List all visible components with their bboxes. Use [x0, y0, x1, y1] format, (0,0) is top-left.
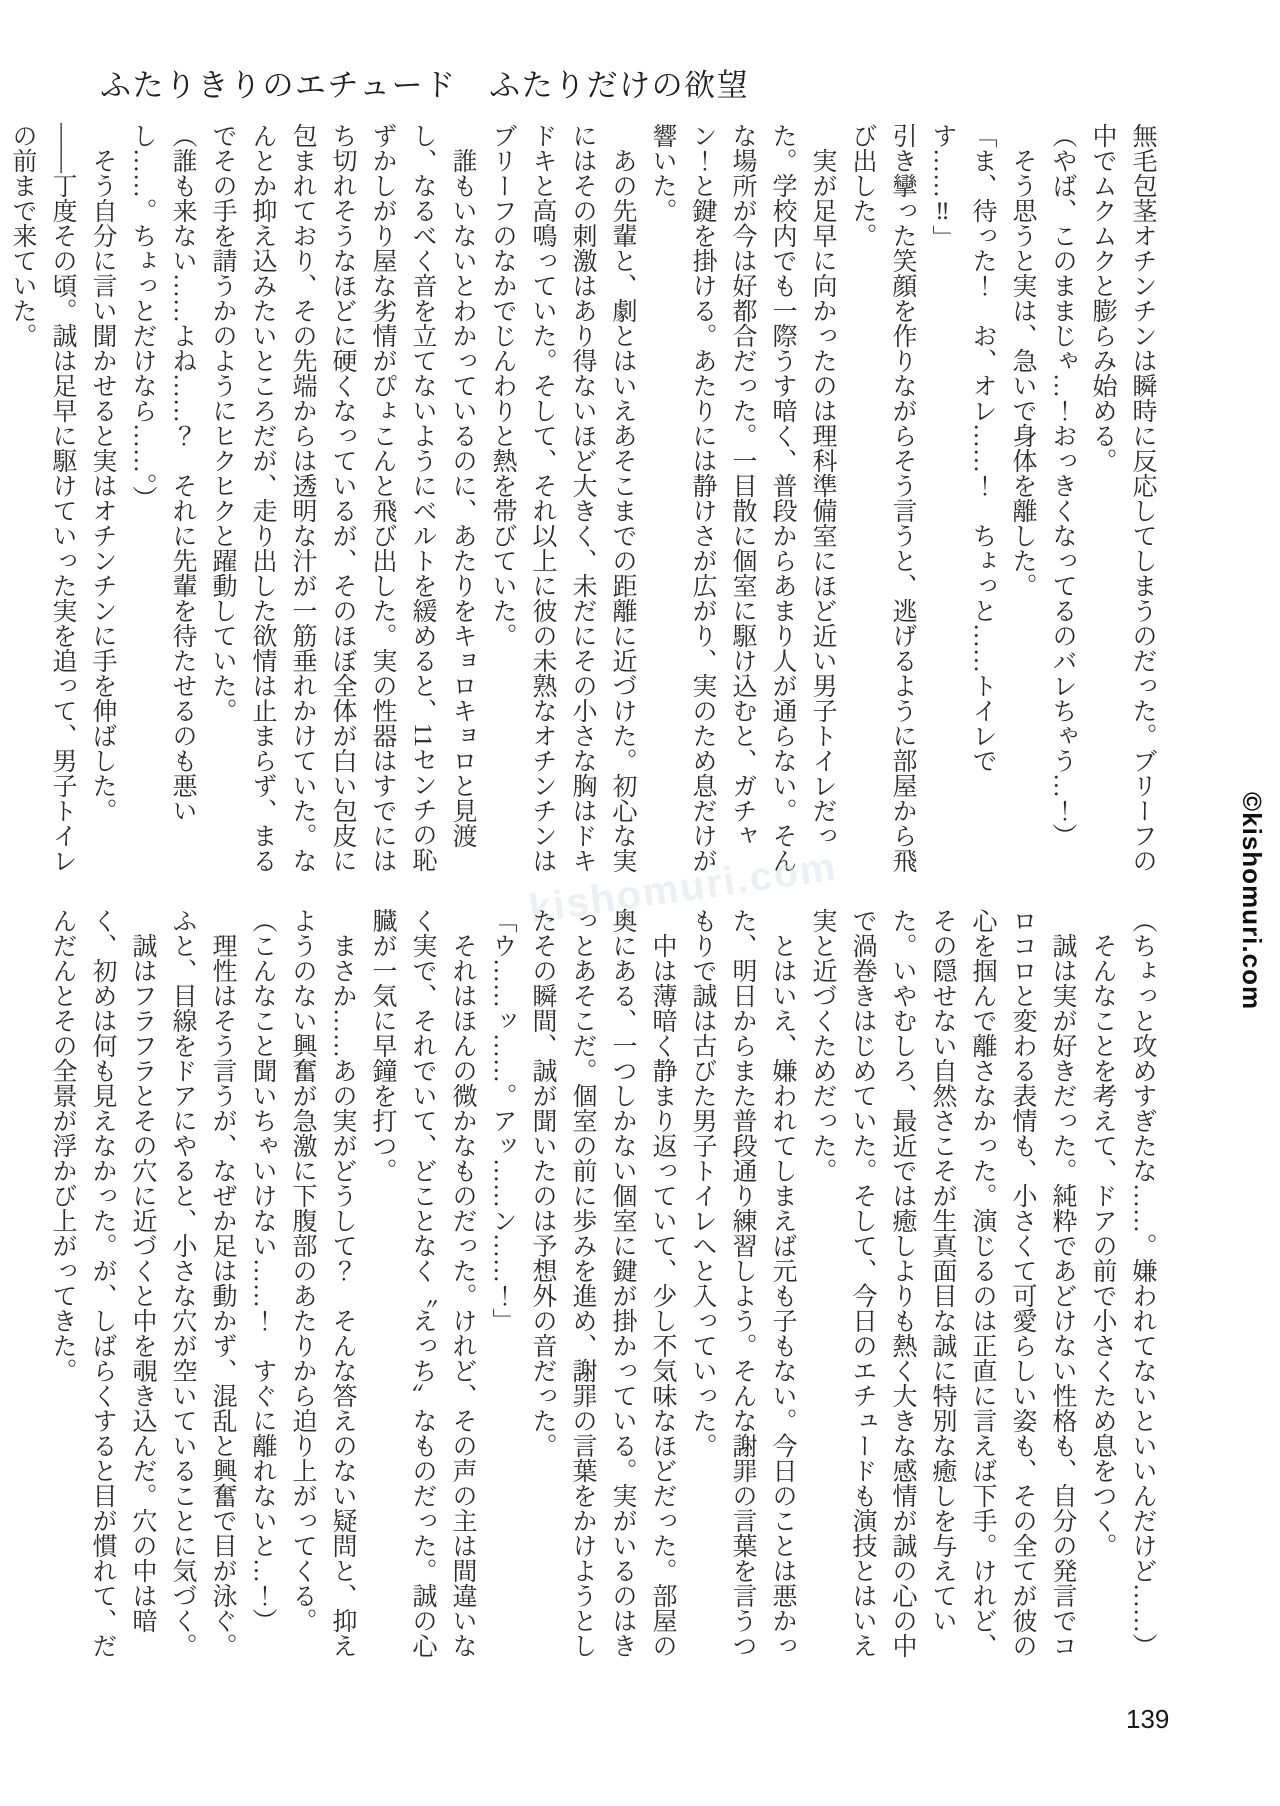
paragraph: 誠は実が好きだった。純粋であどけない性格も、自分の発言でコロコロと変わる表情も、…	[802, 908, 1082, 1660]
paragraph: あの先輩と、劇とはいえあそこまでの距離に近づけた。初心な実にはその刺激はあり得な…	[482, 123, 642, 875]
paragraph: （ちょっと攻めすぎたな……。嫌われてないといいんだけど……）	[1122, 908, 1162, 1660]
paragraph: 無毛包茎オチンチンは瞬時に反応してしまうのだった。ブリーフの中でムクムクと膨らみ…	[1082, 123, 1162, 875]
paragraph: 誰もいないとわかっているのに、あたりをキョロキョロと見渡し、なるべく音を立てない…	[202, 123, 482, 875]
watermark-copyright: ©kishomuri.com	[1236, 792, 1267, 1010]
paragraph: 「ウ……ッ……。アッ……ン……！」	[482, 908, 522, 1660]
paragraph: そう自分に言い聞かせると実はオチンチンに手を伸ばした。	[82, 123, 122, 875]
paragraph: まさか……あの実がどうして？ そんな答えのない疑問と、抑えようのない興奮が急激に…	[282, 908, 362, 1660]
paragraph: 「ま、待った！ お、オレ……！ ちょっと……トイレです……‼」	[922, 123, 1002, 875]
paragraph: （やば、このままじゃ…！おっきくなってるのバレちゃう…！）	[1042, 123, 1082, 875]
paragraph: それはほんの微かなものだった。けれど、その声の主は間違いなく実で、それでいて、ど…	[362, 908, 482, 1660]
page-title: ふたりきりのエチュード ふたりだけの欲望	[100, 60, 749, 105]
paragraph: ――丁度その頃。誠は足早に駆けていった実を追って、男子トイレの前まで来ていた。	[2, 123, 82, 875]
paragraph: （誰も来ない……よね……？ それに先輩を待たせるのも悪いし……。ちょっとだけなら…	[122, 123, 202, 875]
paragraph: 引き攣った笑顔を作りながらそう言うと、逃げるように部屋から飛び出した。	[842, 123, 922, 875]
text-block-lower: （ちょっと攻めすぎたな……。嫌われてないといいんだけど……） そんなことを考えて…	[40, 908, 1162, 1660]
paragraph: そんなことを考えて、ドアの前で小さくため息をつく。	[1082, 908, 1122, 1660]
paragraph: （こんなこと聞いちゃいけない……！ すぐに離れないと…！）	[242, 908, 282, 1660]
paragraph: 理性はそう言うが、なぜか足は動かず、混乱と興奮で目が泳ぐ。ふと、目線をドアにやる…	[162, 908, 242, 1660]
document-page: ふたりきりのエチュード ふたりだけの欲望 無毛包茎オチンチンは瞬時に反応してしま…	[0, 0, 1280, 1806]
page-number: 139	[1126, 1704, 1169, 1735]
paragraph: 実が足早に向かったのは理科準備室にほど近い男子トイレだった。学校内でも一際うす暗…	[642, 123, 842, 875]
text-block-upper: 無毛包茎オチンチンは瞬時に反応してしまうのだった。ブリーフの中でムクムクと膨らみ…	[80, 123, 1162, 875]
paragraph: 誠はフラフラとその穴に近づくと中を覗き込んだ。穴の中は暗く、初めは何も見えなかっ…	[42, 908, 162, 1660]
paragraph: 中は薄暗く静まり返っていて、少し不気味なほどだった。部屋の奥にある、一つしかない…	[522, 908, 682, 1660]
paragraph: とはいえ、嫌われてしまえば元も子もない。今日のことは悪かった、明日からまた普段通…	[682, 908, 802, 1660]
paragraph: そう思うと実は、急いで身体を離した。	[1002, 123, 1042, 875]
